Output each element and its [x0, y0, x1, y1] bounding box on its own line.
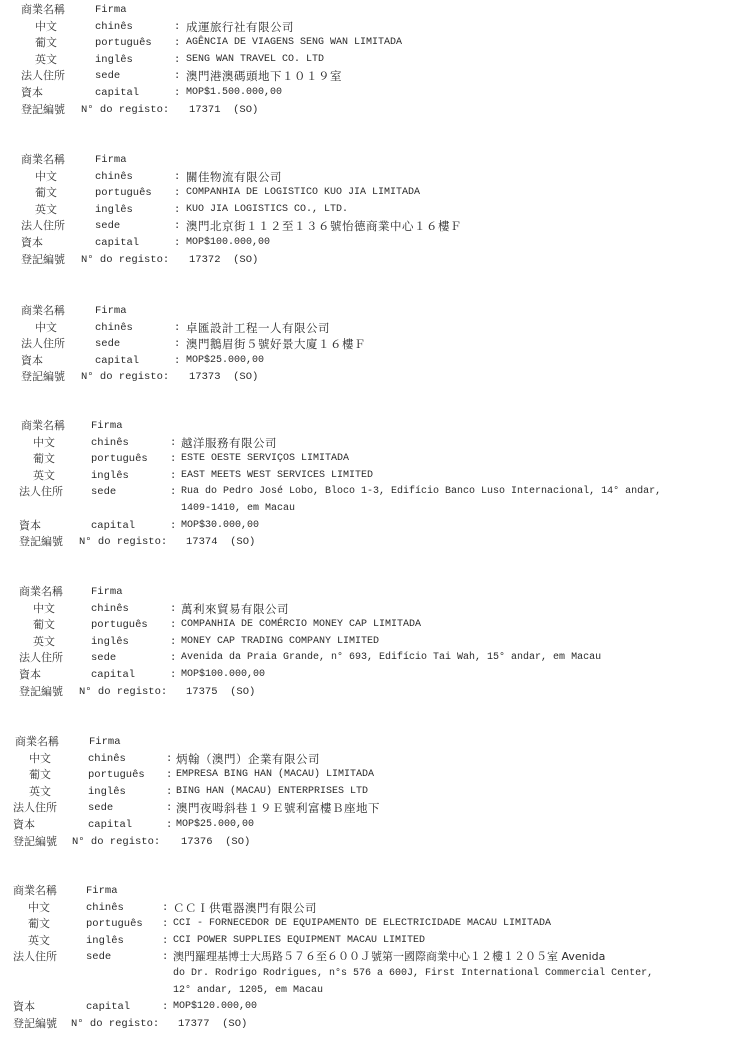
registo-label-pt: N° do registo:: [72, 834, 160, 851]
sede-continuation-row: do Dr. Rodrigo Rodrigues, n°s 576 a 600J…: [0, 966, 736, 983]
portugues-label-zh: 葡文: [35, 35, 57, 52]
portugues-label-zh: 葡文: [33, 451, 55, 468]
portuguese-name: CCI - FORNECEDOR DE EQUIPAMENTO DE ELECT…: [173, 916, 551, 933]
registo-label-zh: 登記編號: [21, 102, 65, 119]
colon: :: [162, 916, 168, 933]
registo-row: 登記編號 N° do registo: 17374 (SO): [0, 534, 736, 551]
colon: :: [170, 634, 176, 651]
capital-row: 資本 capital : MOP$30.000,00: [0, 518, 736, 535]
firma-row: 商業名稱 Firma: [0, 584, 736, 601]
colon: :: [170, 468, 176, 485]
chinese-name: 成運旅行社有限公司: [186, 19, 294, 36]
firma-label-zh: 商業名稱: [15, 734, 59, 751]
capital-label-zh: 資本: [13, 999, 35, 1016]
capital-row: 資本 capital : MOP$100.000,00: [0, 667, 736, 684]
chines-label-pt: chinês: [86, 900, 124, 917]
ingles-label-zh: 英文: [29, 784, 51, 801]
sede-continuation-row: 12° andar, 1205, em Macau: [0, 983, 736, 1000]
colon: :: [170, 435, 176, 452]
registo-label-zh: 登記編號: [13, 1016, 57, 1033]
registo-label-zh: 登記編號: [19, 684, 63, 701]
ingles-row: 英文 inglês : EAST MEETS WEST SERVICES LIM…: [0, 468, 736, 485]
english-name: BING HAN (MACAU) ENTERPRISES LTD: [176, 784, 368, 801]
sede-label-zh: 法人住所: [19, 484, 63, 501]
chinese-name: 萬利來貿易有限公司: [181, 601, 289, 618]
capital-row: 資本 capital : MOP$1.500.000,00: [0, 85, 736, 102]
colon: :: [174, 336, 180, 353]
ingles-label-pt: inglês: [86, 933, 124, 950]
colon: :: [170, 650, 176, 667]
portugues-label-zh: 葡文: [35, 185, 57, 202]
firma-label-zh: 商業名稱: [21, 2, 65, 19]
portugues-row: 葡文 português : EMPRESA BING HAN (MACAU) …: [0, 767, 736, 784]
colon: :: [166, 784, 172, 801]
portugues-row: 葡文 português : AGÊNCIA DE VIAGENS SENG W…: [0, 35, 736, 52]
registo-label-zh: 登記編號: [21, 252, 65, 269]
portugues-row: 葡文 português : ESTE OESTE SERVIÇOS LIMIT…: [0, 451, 736, 468]
firma-label-pt: Firma: [91, 584, 123, 601]
sede-row: 法人住所 sede : 澳門夜呣斜巷１９Ｅ號利富樓Ｂ座地下: [0, 800, 736, 817]
registo-row: 登記編號 N° do registo: 17372 (SO): [0, 252, 736, 269]
registo-row: 登記編號 N° do registo: 17371 (SO): [0, 102, 736, 119]
chines-label-zh: 中文: [29, 751, 51, 768]
chines-label-zh: 中文: [35, 169, 57, 186]
chines-label-pt: chinês: [88, 751, 126, 768]
ingles-label-zh: 英文: [33, 634, 55, 651]
address-line-3: 12° andar, 1205, em Macau: [173, 983, 323, 1000]
address: 澳門北京街１１２至１３６號怡德商業中心１６樓Ｆ: [186, 218, 462, 235]
firma-label-pt: Firma: [95, 152, 127, 169]
english-name: MONEY CAP TRADING COMPANY LIMITED: [181, 634, 379, 651]
registration-number: 17373 (SO): [189, 369, 258, 386]
sede-label-zh: 法人住所: [21, 336, 65, 353]
sede-row: 法人住所 sede : 澳門港澳碼頭地下１０１９室: [0, 68, 736, 85]
ingles-row: 英文 inglês : MONEY CAP TRADING COMPANY LI…: [0, 634, 736, 651]
colon: :: [170, 617, 176, 634]
capital-label-pt: capital: [91, 667, 135, 684]
address-line-2: 1409-1410, em Macau: [181, 501, 295, 518]
firma-label-zh: 商業名稱: [19, 584, 63, 601]
firma-row: 商業名稱 Firma: [0, 883, 736, 900]
colon: :: [166, 817, 172, 834]
colon: :: [166, 751, 172, 768]
chines-row: 中文 chinês : 關佳物流有限公司: [0, 169, 736, 186]
capital-value: MOP$1.500.000,00: [186, 85, 282, 102]
firma-row: 商業名稱 Firma: [0, 2, 736, 19]
registo-row: 登記編號 N° do registo: 17377 (SO): [0, 1016, 736, 1033]
capital-label-pt: capital: [86, 999, 130, 1016]
chinese-name: ＣＣＩ供電器澳門有限公司: [173, 900, 317, 917]
capital-label-zh: 資本: [21, 235, 43, 252]
sede-row: 法人住所 sede : Avenida da Praia Grande, n° …: [0, 650, 736, 667]
sede-row: 法人住所 sede : 澳門羅理基博士大馬路５７６至６００Ｊ號第一國際商業中心１…: [0, 949, 736, 966]
colon: :: [174, 202, 180, 219]
chines-label-zh: 中文: [35, 19, 57, 36]
capital-row: 資本 capital : MOP$25.000,00: [0, 817, 736, 834]
sede-label-pt: sede: [95, 68, 120, 85]
firma-label-pt: Firma: [95, 2, 127, 19]
portugues-label-pt: português: [95, 185, 152, 202]
colon: :: [162, 900, 168, 917]
firma-label-pt: Firma: [89, 734, 121, 751]
portugues-row: 葡文 português : COMPANHIA DE COMÉRCIO MON…: [0, 617, 736, 634]
ingles-label-zh: 英文: [28, 933, 50, 950]
colon: :: [162, 999, 168, 1016]
capital-label-zh: 資本: [19, 518, 41, 535]
chines-label-zh: 中文: [35, 320, 57, 337]
address-line-1: Rua do Pedro José Lobo, Bloco 1-3, Edifí…: [181, 484, 661, 501]
registo-label-pt: N° do registo:: [71, 1016, 159, 1033]
capital-label-pt: capital: [95, 235, 139, 252]
portuguese-name: COMPANHIA DE COMÉRCIO MONEY CAP LIMITADA: [181, 617, 421, 634]
firma-row: 商業名稱 Firma: [0, 734, 736, 751]
company-entry-17372: 商業名稱 Firma 中文 chinês : 關佳物流有限公司 葡文 portu…: [0, 152, 736, 268]
registration-number: 17376 (SO): [181, 834, 250, 851]
chines-label-pt: chinês: [91, 601, 129, 618]
capital-label-pt: capital: [95, 353, 139, 370]
company-entry-17376: 商業名稱 Firma 中文 chinês : 炳翰（澳門）企業有限公司 葡文 p…: [0, 734, 736, 850]
colon: :: [174, 185, 180, 202]
address: 澳門鵝眉街５號好景大廈１６樓Ｆ: [186, 336, 366, 353]
ingles-label-pt: inglês: [91, 468, 129, 485]
chinese-name: 越洋服務有限公司: [181, 435, 277, 452]
chinese-name: 關佳物流有限公司: [186, 169, 282, 186]
firma-row: 商業名稱 Firma: [0, 418, 736, 435]
chines-label-pt: chinês: [95, 169, 133, 186]
colon: :: [174, 169, 180, 186]
ingles-row: 英文 inglês : BING HAN (MACAU) ENTERPRISES…: [0, 784, 736, 801]
portugues-label-zh: 葡文: [29, 767, 51, 784]
sede-label-pt: sede: [95, 218, 120, 235]
company-entry-17373: 商業名稱 Firma 中文 chinês : 卓匯設計工程一人有限公司 法人住所…: [0, 303, 736, 386]
capital-label-pt: capital: [95, 85, 139, 102]
capital-row: 資本 capital : MOP$100.000,00: [0, 235, 736, 252]
chines-row: 中文 chinês : 萬利來貿易有限公司: [0, 601, 736, 618]
portugues-label-pt: português: [91, 451, 148, 468]
portugues-label-pt: português: [88, 767, 145, 784]
company-entry-17375: 商業名稱 Firma 中文 chinês : 萬利來貿易有限公司 葡文 port…: [0, 584, 736, 700]
registo-label-pt: N° do registo:: [79, 534, 167, 551]
firma-label-pt: Firma: [91, 418, 123, 435]
portugues-label-zh: 葡文: [28, 916, 50, 933]
capital-row: 資本 capital : MOP$25.000,00: [0, 353, 736, 370]
address-line-1: 澳門羅理基博士大馬路５７６至６００Ｊ號第一國際商業中心１２樓１２０５室 Aven…: [173, 949, 605, 966]
capital-value: MOP$25.000,00: [176, 817, 254, 834]
chinese-name: 炳翰（澳門）企業有限公司: [176, 751, 320, 768]
ingles-row: 英文 inglês : KUO JIA LOGISTICS CO., LTD.: [0, 202, 736, 219]
firma-label-pt: Firma: [95, 303, 127, 320]
registration-number: 17377 (SO): [178, 1016, 247, 1033]
capital-label-zh: 資本: [21, 353, 43, 370]
registo-label-pt: N° do registo:: [81, 252, 169, 269]
colon: :: [174, 353, 180, 370]
chines-row: 中文 chinês : 炳翰（澳門）企業有限公司: [0, 751, 736, 768]
chines-label-pt: chinês: [95, 320, 133, 337]
sede-label-zh: 法人住所: [21, 218, 65, 235]
registo-label-pt: N° do registo:: [81, 369, 169, 386]
registration-number: 17371 (SO): [189, 102, 258, 119]
sede-label-zh: 法人住所: [21, 68, 65, 85]
ingles-label-pt: inglês: [95, 52, 133, 69]
capital-label-zh: 資本: [13, 817, 35, 834]
registration-number: 17374 (SO): [186, 534, 255, 551]
ingles-row: 英文 inglês : CCI POWER SUPPLIES EQUIPMENT…: [0, 933, 736, 950]
chines-row: 中文 chinês : 卓匯設計工程一人有限公司: [0, 320, 736, 337]
registration-number: 17375 (SO): [186, 684, 255, 701]
portugues-label-pt: português: [86, 916, 143, 933]
colon: :: [174, 68, 180, 85]
portugues-label-pt: português: [95, 35, 152, 52]
firma-row: 商業名稱 Firma: [0, 152, 736, 169]
colon: :: [174, 235, 180, 252]
colon: :: [174, 218, 180, 235]
chines-row: 中文 chinês : 成運旅行社有限公司: [0, 19, 736, 36]
firma-label-zh: 商業名稱: [21, 152, 65, 169]
capital-value: MOP$120.000,00: [173, 999, 257, 1016]
ingles-row: 英文 inglês : SENG WAN TRAVEL CO. LTD: [0, 52, 736, 69]
firma-row: 商業名稱 Firma: [0, 303, 736, 320]
registo-label-pt: N° do registo:: [81, 102, 169, 119]
chines-label-zh: 中文: [33, 435, 55, 452]
registo-row: 登記編號 N° do registo: 17373 (SO): [0, 369, 736, 386]
portugues-row: 葡文 português : CCI - FORNECEDOR DE EQUIP…: [0, 916, 736, 933]
colon: :: [174, 19, 180, 36]
portuguese-name: ESTE OESTE SERVIÇOS LIMITADA: [181, 451, 349, 468]
ingles-label-pt: inglês: [91, 634, 129, 651]
company-entry-17374: 商業名稱 Firma 中文 chinês : 越洋服務有限公司 葡文 portu…: [0, 418, 736, 551]
address-line-2: do Dr. Rodrigo Rodrigues, n°s 576 a 600J…: [173, 966, 653, 983]
colon: :: [174, 85, 180, 102]
registo-label-zh: 登記編號: [13, 834, 57, 851]
portuguese-name: COMPANHIA DE LOGISTICO KUO JIA LIMITADA: [186, 185, 420, 202]
chinese-name: 卓匯設計工程一人有限公司: [186, 320, 330, 337]
registo-label-zh: 登記編號: [19, 534, 63, 551]
capital-label-pt: capital: [91, 518, 135, 535]
registration-number: 17372 (SO): [189, 252, 258, 269]
chines-label-pt: chinês: [95, 19, 133, 36]
colon: :: [162, 933, 168, 950]
firma-label-zh: 商業名稱: [21, 303, 65, 320]
chines-label-zh: 中文: [28, 900, 50, 917]
sede-label-pt: sede: [95, 336, 120, 353]
colon: :: [166, 800, 172, 817]
colon: :: [174, 35, 180, 52]
firma-label-zh: 商業名稱: [13, 883, 57, 900]
registo-label-pt: N° do registo:: [79, 684, 167, 701]
colon: :: [170, 484, 176, 501]
colon: :: [170, 667, 176, 684]
ingles-label-zh: 英文: [33, 468, 55, 485]
ingles-label-zh: 英文: [35, 52, 57, 69]
firma-label-pt: Firma: [86, 883, 118, 900]
capital-value: MOP$30.000,00: [181, 518, 259, 535]
capital-value: MOP$25.000,00: [186, 353, 264, 370]
chines-label-pt: chinês: [91, 435, 129, 452]
sede-label-pt: sede: [91, 650, 116, 667]
english-name: SENG WAN TRAVEL CO. LTD: [186, 52, 324, 69]
ingles-label-pt: inglês: [95, 202, 133, 219]
portuguese-name: EMPRESA BING HAN (MACAU) LIMITADA: [176, 767, 374, 784]
portugues-label-zh: 葡文: [33, 617, 55, 634]
english-name: KUO JIA LOGISTICS CO., LTD.: [186, 202, 348, 219]
address: 澳門夜呣斜巷１９Ｅ號利富樓Ｂ座地下: [176, 800, 380, 817]
capital-label-zh: 資本: [21, 85, 43, 102]
sede-label-zh: 法人住所: [13, 800, 57, 817]
sede-continuation-row: 1409-1410, em Macau: [0, 501, 736, 518]
address: 澳門港澳碼頭地下１０１９室: [186, 68, 342, 85]
portugues-row: 葡文 português : COMPANHIA DE LOGISTICO KU…: [0, 185, 736, 202]
chines-row: 中文 chinês : ＣＣＩ供電器澳門有限公司: [0, 900, 736, 917]
sede-label-pt: sede: [91, 484, 116, 501]
english-name: EAST MEETS WEST SERVICES LIMITED: [181, 468, 373, 485]
colon: :: [174, 52, 180, 69]
registo-row: 登記編號 N° do registo: 17376 (SO): [0, 834, 736, 851]
colon: :: [174, 320, 180, 337]
portugues-label-pt: português: [91, 617, 148, 634]
capital-value: MOP$100.000,00: [181, 667, 265, 684]
capital-label-zh: 資本: [19, 667, 41, 684]
capital-value: MOP$100.000,00: [186, 235, 270, 252]
sede-label-pt: sede: [88, 800, 113, 817]
ingles-label-zh: 英文: [35, 202, 57, 219]
registo-label-zh: 登記編號: [21, 369, 65, 386]
colon: :: [170, 518, 176, 535]
colon: :: [170, 451, 176, 468]
chines-row: 中文 chinês : 越洋服務有限公司: [0, 435, 736, 452]
address: Avenida da Praia Grande, n° 693, Edifíci…: [181, 650, 601, 667]
capital-row: 資本 capital : MOP$120.000,00: [0, 999, 736, 1016]
english-name: CCI POWER SUPPLIES EQUIPMENT MACAU LIMIT…: [173, 933, 425, 950]
colon: :: [166, 767, 172, 784]
sede-row: 法人住所 sede : Rua do Pedro José Lobo, Bloc…: [0, 484, 736, 501]
colon: :: [170, 601, 176, 618]
ingles-label-pt: inglês: [88, 784, 126, 801]
registo-row: 登記編號 N° do registo: 17375 (SO): [0, 684, 736, 701]
chines-label-zh: 中文: [33, 601, 55, 618]
sede-label-zh: 法人住所: [19, 650, 63, 667]
sede-row: 法人住所 sede : 澳門鵝眉街５號好景大廈１６樓Ｆ: [0, 336, 736, 353]
colon: :: [162, 949, 168, 966]
company-entry-17371: 商業名稱 Firma 中文 chinês : 成運旅行社有限公司 葡文 port…: [0, 2, 736, 118]
company-entry-17377: 商業名稱 Firma 中文 chinês : ＣＣＩ供電器澳門有限公司 葡文 p…: [0, 883, 736, 1032]
portuguese-name: AGÊNCIA DE VIAGENS SENG WAN LIMITADA: [186, 35, 402, 52]
firma-label-zh: 商業名稱: [21, 418, 65, 435]
sede-label-pt: sede: [86, 949, 111, 966]
sede-label-zh: 法人住所: [13, 949, 57, 966]
sede-row: 法人住所 sede : 澳門北京街１１２至１３６號怡德商業中心１６樓Ｆ: [0, 218, 736, 235]
capital-label-pt: capital: [88, 817, 132, 834]
